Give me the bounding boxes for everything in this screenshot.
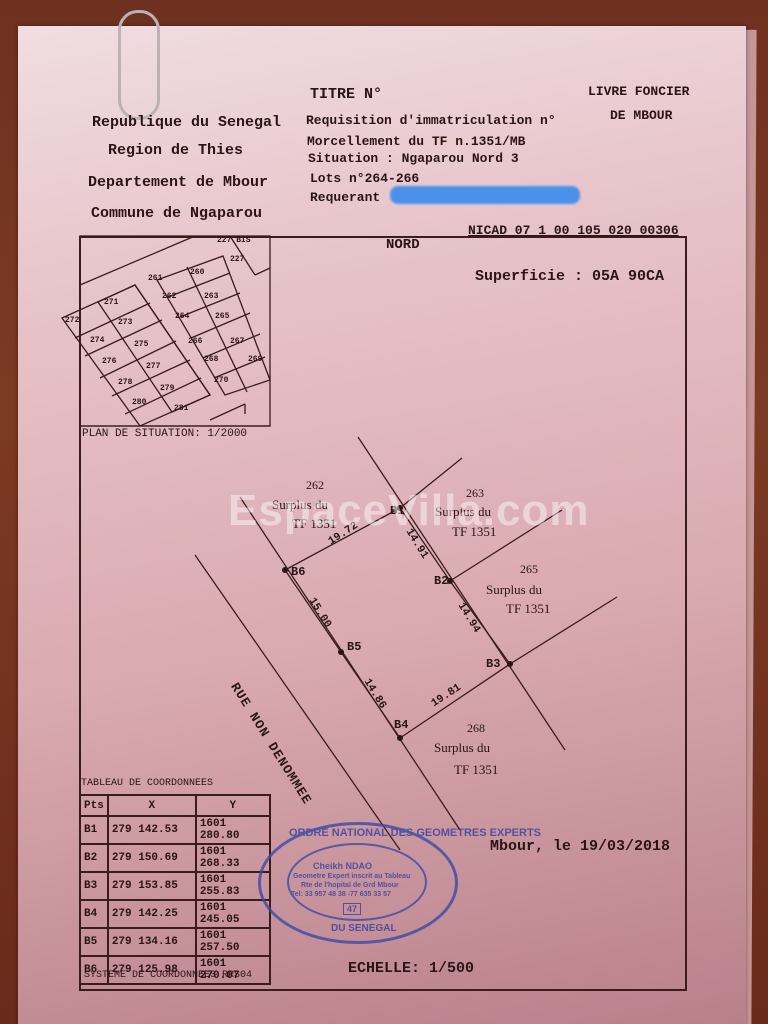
scale-label: ECHELLE: 1/500 [348,960,474,977]
col-pts: Pts [80,795,108,816]
table-row: B2279 150.691601 268.33 [80,844,270,872]
situation-lot-label: 260 [190,268,204,277]
situation-lot-label: 227 [230,255,244,264]
parcel-268-label2: TF 1351 [454,762,498,778]
situation-lot-label: 281 [174,404,188,413]
situation-lot-label: 265 [215,312,229,321]
situation-lot-label: 278 [118,378,132,387]
surveyor-stamp: ORDRE NATIONAL DES GEOMETRES EXPERTS Che… [258,822,458,944]
situation-lot-label: 269 [248,355,262,364]
coordinates-table: Pts X Y B1279 142.531601 280.80B2279 150… [79,794,271,985]
point-b2: B2 [434,574,448,588]
stamp-ring-text: ORDRE NATIONAL DES GEOMETRES EXPERTS [289,827,541,839]
situation-lot-label: 266 [188,337,202,346]
situation-lot-label: 262 [162,292,176,301]
table-row: B3279 153.851601 255.83 [80,872,270,900]
situation-lot-label: 263 [204,292,218,301]
parcel-265-label2: TF 1351 [506,601,550,617]
situation-lot-label: 273 [118,318,132,327]
x-cell: 279 150.69 [108,844,196,872]
parcel-265-label1: Surplus du [486,582,542,598]
col-y: Y [196,795,270,816]
point-b4: B4 [394,718,408,732]
x-cell: 279 153.85 [108,872,196,900]
watermark: EspaceVilla.com [228,486,590,536]
y-cell: 1601 245.05 [196,900,270,928]
point-b6: B6 [291,565,305,579]
date-line: Mbour, le 19/03/2018 [490,838,670,855]
plan-situation-caption: PLAN DE SITUATION: 1/2000 [82,428,247,440]
point-b5: B5 [347,640,361,654]
y-cell: 1601 257.50 [196,928,270,956]
point-cell: B5 [80,928,108,956]
table-row: B1279 142.531601 280.80 [80,816,270,844]
situation-lot-label: 268 [204,355,218,364]
situation-lot-label: 280 [132,398,146,407]
y-cell: 1601 268.33 [196,844,270,872]
stamp-name: Cheikh NDAO [313,861,372,871]
situation-lot-label: 271 [104,298,118,307]
situation-lot-label: 279 [160,384,174,393]
x-cell: 279 142.53 [108,816,196,844]
situation-lot-label: 270 [214,376,228,385]
stamp-address: Rte de l'hopital de Grd Mbour [301,882,399,889]
situation-lot-label: 276 [102,357,116,366]
point-cell: B2 [80,844,108,872]
table-row: B4279 142.251601 245.05 [80,900,270,928]
situation-lot-label: 227 BIS [217,236,251,245]
situation-lot-label: 277 [146,362,160,371]
stamp-number: 47 [343,903,361,915]
parcel-265-number: 265 [520,562,538,577]
y-cell: 1601 280.80 [196,816,270,844]
parcel-268-label1: Surplus du [434,740,490,756]
situation-lot-label: 275 [134,340,148,349]
stamp-bottom-text: DU SENEGAL [331,923,397,934]
x-cell: 279 142.25 [108,900,196,928]
table-row: B5279 134.161601 257.50 [80,928,270,956]
situation-lot-label: 274 [90,336,104,345]
point-b3: B3 [486,657,500,671]
stamp-title: Geometre Expert inscrit au Tableau [293,873,410,880]
point-cell: B1 [80,816,108,844]
point-cell: B4 [80,900,108,928]
stamp-phone: Tel: 33 957 48 38 -77 635 33 57 [291,891,391,898]
situation-lot-label: 272 [65,316,79,325]
situation-lot-label: 261 [148,274,162,283]
situation-lot-label: 267 [230,337,244,346]
x-cell: 279 134.16 [108,928,196,956]
coords-table-title: TABLEAU DE COORDONNEES [81,778,213,789]
coordinate-system: SYSTEME DE COORDONNEES RRS04 [84,970,252,981]
parcel-268-number: 268 [467,721,485,736]
point-cell: B3 [80,872,108,900]
situation-lot-label: 264 [175,312,189,321]
col-x: X [108,795,196,816]
